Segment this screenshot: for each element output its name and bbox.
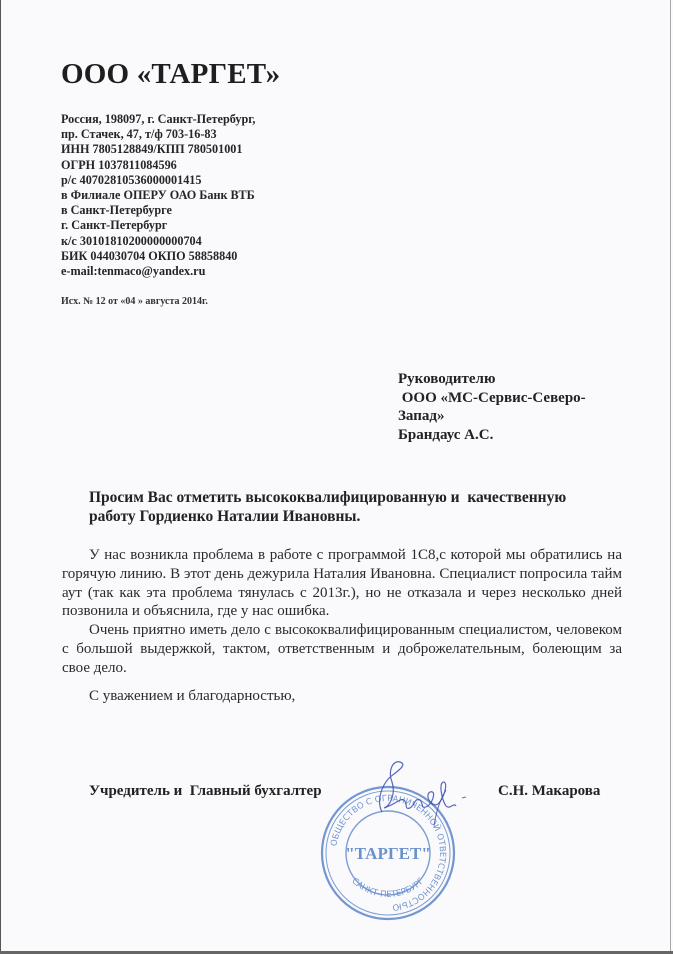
letter-body: У нас возникла проблема в работе с прогр… — [62, 546, 622, 678]
requisite-line: Россия, 198097, г. Санкт-Петербург, — [61, 112, 255, 127]
requisite-line: р/с 40702810536000001415 — [61, 173, 255, 188]
company-name: ООО «ТАРГЕТ» — [61, 58, 280, 91]
closing-phrase: С уважением и благодарностью, — [89, 688, 295, 705]
requisite-line: ИНН 7805128849/КПП 780501001 — [61, 142, 255, 157]
signatory-title: Учредитель и Главный бухгалтер — [89, 783, 322, 800]
requisite-line: e-mail:tenmaco@yandex.ru — [61, 264, 255, 279]
requisite-line: в Филиале ОПЕРУ ОАО Банк ВТБ — [61, 188, 255, 203]
stamp-center-text: "ТАРГЕТ" — [345, 844, 431, 863]
requisite-line: пр. Стачек, 47, т/ф 703-16-83 — [61, 127, 255, 142]
company-requisites: Россия, 198097, г. Санкт-Петербург, пр. … — [61, 112, 255, 279]
requisite-line: г. Санкт-Петербург — [61, 218, 255, 233]
requisite-line: в Санкт-Петербурге — [61, 203, 255, 218]
signatory-name: С.Н. Макарова — [498, 783, 600, 800]
subject-line: Просим Вас отметить высококвалифицирован… — [89, 489, 566, 508]
letter-subject: Просим Вас отметить высококвалифицирован… — [89, 489, 566, 526]
subject-line: работу Гордиенко Наталии Ивановны. — [89, 508, 566, 527]
requisite-line: ОГРН 1037811084596 — [61, 158, 255, 173]
addressee-line: Руководителю — [398, 370, 586, 389]
outgoing-reference: Исх. № 12 от «04 » августа 2014г. — [61, 296, 208, 307]
body-paragraph: Очень приятно иметь дело с высококвалифи… — [62, 621, 622, 677]
handwritten-signature — [370, 760, 470, 830]
addressee-line: Запад» — [398, 407, 586, 426]
addressee-block: Руководителю ООО «МС-Сервис-Северо- Запа… — [398, 370, 586, 444]
addressee-line: ООО «МС-Сервис-Северо- — [398, 389, 586, 408]
requisite-line: к/с 30101810200000000704 — [61, 234, 255, 249]
scan-edge-right — [670, 0, 671, 954]
addressee-line: Брандаус А.С. — [398, 426, 586, 445]
body-paragraph: У нас возникла проблема в работе с прогр… — [62, 546, 622, 621]
scan-edge-left — [0, 0, 1, 954]
requisite-line: БИК 044030704 ОКПО 58858840 — [61, 249, 255, 264]
